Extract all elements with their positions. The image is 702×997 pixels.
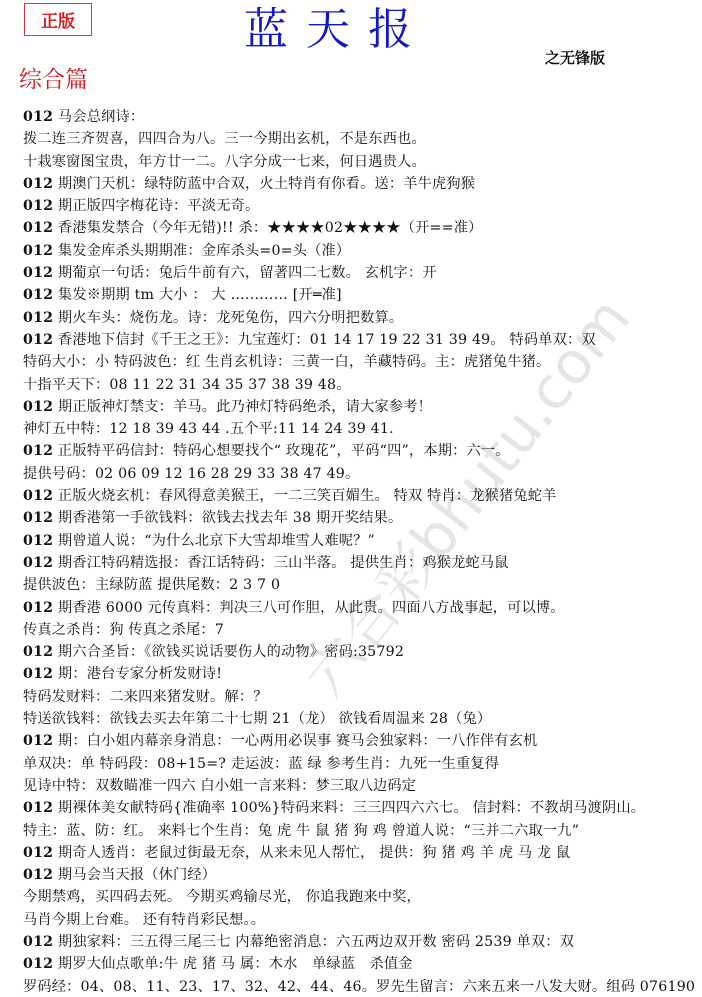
text-line: 012 期香江特码精选报：香江话特码：三山半落。 提供生肖：鸡猴龙蛇马鼠	[23, 552, 698, 574]
text-line: 马肖今期上台难。 还有特肖彩民想。。	[23, 909, 698, 931]
line-text: 期：港台专家分析发财诗!	[53, 666, 222, 682]
issue-number: 012	[23, 243, 53, 259]
text-line: 见诗中特：双数瞄准一四六 白小姐一言来料：梦三取八边码定	[23, 775, 698, 797]
issue-number: 012	[23, 488, 53, 504]
text-line: 今期禁鸡，买四码去死。 今期买鸡输尽光， 你追我跑来中奖，	[23, 886, 698, 908]
section-heading: 综合篇	[19, 61, 88, 94]
line-text: 马肖今期上台难。 还有特肖彩民想。。	[23, 912, 265, 928]
issue-number: 012	[23, 733, 53, 749]
text-line: 012 马会总纲诗：	[23, 106, 698, 128]
line-text: 特送欲钱料：欲钱去买去年第二十七期 21（龙） 欲钱看周温来 28（兔）	[23, 711, 491, 727]
text-line: 012 香港地下信封《千王之王》：九宝莲灯：01 14 17 19 22 31 …	[23, 329, 698, 351]
page-title: 蓝天报	[244, 4, 430, 56]
issue-number: 012	[23, 310, 53, 326]
line-text: 期香江特码精选报：香江话特码：三山半落。 提供生肖：鸡猴龙蛇马鼠	[53, 555, 508, 571]
line-text: 香港地下信封《千王之王》：九宝莲灯：01 14 17 19 22 31 39 4…	[53, 332, 596, 348]
text-line: 012 期澳门天机：绿特防蓝中合双，火土特肖有你看。送：羊牛虎狗猴	[23, 173, 698, 195]
text-line: 012 期马会当天报（休门经）	[23, 864, 698, 886]
line-text: 期正版四字梅花诗：平淡无奇。	[53, 198, 259, 214]
text-line: 特码发财料：二来四来猪发财。解：？	[23, 686, 698, 708]
line-text: 期六合圣旨：《欲钱买说话要伤人的动物》密码:35792	[53, 644, 404, 660]
text-line: 特主：蓝、防：红。 来料七个生肖：兔 虎 牛 鼠 猪 狗 鸡 曾道人说：“三并二…	[23, 820, 698, 842]
text-line: 提供号码：02 06 09 12 16 28 29 33 38 47 49。	[23, 463, 698, 485]
text-line: 012 期曾道人说：“为什么北京下大雪却堆雪人难呢？”	[23, 530, 698, 552]
text-line: 神灯五中特：12 18 39 43 44 .五个平:11 14 24 39 41…	[23, 418, 698, 440]
text-line: 012 正版火烧玄机：春风得意美猴王，一二三笑百媚生。 特双 特肖：龙猴猪兔蛇羊	[23, 485, 698, 507]
issue-number: 012	[23, 555, 53, 571]
line-text: 十指平天下：08 11 22 31 34 35 37 38 39 48。	[23, 377, 351, 393]
issue-number: 012	[23, 845, 53, 861]
edition-subtitle: 之无锋版	[545, 47, 605, 68]
issue-number: 012	[23, 867, 53, 883]
line-text: 单双决：单 特码段：08+15=? 走运波：蓝 绿 参考生肖：九死一生重复得	[23, 756, 499, 772]
line-text: 期罗大仙点歌单:牛 虎 猪 马 属：木水 单绿蓝 杀值金	[53, 956, 412, 972]
issue-number: 012	[23, 220, 53, 236]
line-text: 期马会当天报（休门经）	[53, 867, 216, 883]
text-line: 提供波色：主绿防蓝 提供尾数：2 3 7 0	[23, 574, 698, 596]
line-text: 马会总纲诗：	[53, 109, 144, 125]
issue-number: 012	[23, 666, 53, 682]
text-line: 012 期罗大仙点歌单:牛 虎 猪 马 属：木水 单绿蓝 杀值金	[23, 953, 698, 975]
text-line: 012 期葡京一句话：兔后牛前有六，留著四二七数。 玄机字：开	[23, 262, 698, 284]
line-text: 期澳门天机：绿特防蓝中合双，火土特肖有你看。送：羊牛虎狗猴	[53, 176, 475, 192]
issue-number: 012	[23, 176, 53, 192]
line-text: 提供号码：02 06 09 12 16 28 29 33 38 47 49。	[23, 466, 359, 482]
line-text: 罗码经：04、08、11、23、17、32、42、44、46。罗先生留言：六来五…	[23, 979, 695, 995]
line-text: 今期禁鸡，买四码去死。 今期买鸡输尽光， 你追我跑来中奖，	[23, 889, 421, 905]
text-line: 012 集发金库杀头期期准：金库杀头=0=头（准）	[23, 240, 698, 262]
line-text: 正版特平码信封：特码心想要找个“ 玫瑰花”，平码“四”，本期：六一。	[53, 443, 509, 459]
text-line: 十栽寒窗图宝贵，年方廿一二。八字分成一七来，何日遇贵人。	[23, 151, 698, 173]
authentic-badge: 正版	[24, 3, 92, 36]
text-line: 拨二连三齐贺喜，四四合为八。三一今期出玄机，不是东西也。	[23, 128, 698, 150]
line-text: 十栽寒窗图宝贵，年方廿一二。八字分成一七来，何日遇贵人。	[23, 154, 426, 170]
issue-number: 012	[23, 198, 53, 214]
line-text: 期香港 6000 元传真料：判决三八可作胆，从此贵。四面八方战事起，可以博。	[53, 600, 564, 616]
text-line: 012 期：港台专家分析发财诗!	[23, 663, 698, 685]
line-text: 见诗中特：双数瞄准一四六 白小姐一言来料：梦三取八边码定	[23, 778, 416, 794]
text-line: 特码大小：小 特码波色：红 生肖玄机诗：三黄一白，羊藏特码。主：虎猪兔牛猪。	[23, 351, 698, 373]
issue-number: 012	[23, 332, 53, 348]
text-line: 十指平天下：08 11 22 31 34 35 37 38 39 48。	[23, 374, 698, 396]
text-line: 012 期六合圣旨：《欲钱买说话要伤人的动物》密码:35792	[23, 641, 698, 663]
line-text: 期奇人透肖：老鼠过街最无奈，从来未见人帮忙， 提供：狗 猪 鸡 羊 虎 马 龙 …	[53, 845, 570, 861]
line-text: 期独家料：三五得三尾三七 内幕绝密消息：六五两边双开数 密码 2539 单双：双	[53, 934, 574, 950]
line-text: 期葡京一句话：兔后牛前有六，留著四二七数。 玄机字：开	[53, 265, 437, 281]
issue-number: 012	[23, 600, 53, 616]
line-text: 香港集发禁合（今年无错)!! 杀：★★★★02★★★★（开==准）	[53, 220, 482, 236]
line-text: 正版火烧玄机：春风得意美猴王，一二三笑百媚生。 特双 特肖：龙猴猪兔蛇羊	[53, 488, 556, 504]
line-text: 特主：蓝、防：红。 来料七个生肖：兔 虎 牛 鼠 猪 狗 鸡 曾道人说：“三并二…	[23, 823, 579, 839]
article-body: 012 马会总纲诗：拨二连三齐贺喜，四四合为八。三一今期出玄机，不是东西也。十栽…	[23, 106, 698, 997]
issue-number: 012	[23, 399, 53, 415]
issue-number: 012	[23, 956, 53, 972]
issue-number: 012	[23, 265, 53, 281]
text-line: 012 期裸体美女献特码{准确率 100%}特码来料：三三四四六六七。 信封料：…	[23, 797, 698, 819]
text-line: 012 期正版神灯禁支：羊马。此乃神灯特码绝杀，请大家参考！	[23, 396, 698, 418]
line-text: 特码大小：小 特码波色：红 生肖玄机诗：三黄一白，羊藏特码。主：虎猪兔牛猪。	[23, 354, 550, 370]
text-line: 012 期火车头：烧伤龙。诗：龙死兔伤，四六分明把数算。	[23, 307, 698, 329]
line-text: 期香港第一手欲钱料：欲钱去找去年 38 期开奖结果。	[53, 510, 402, 526]
text-line: 传真之杀肖：狗 传真之杀尾：7	[23, 619, 698, 641]
text-line: 012 正版特平码信封：特码心想要找个“ 玫瑰花”，平码“四”，本期：六一。	[23, 440, 698, 462]
line-text: 提供波色：主绿防蓝 提供尾数：2 3 7 0	[23, 577, 280, 593]
text-line: 012 香港集发禁合（今年无错)!! 杀：★★★★02★★★★（开==准）	[23, 217, 698, 239]
line-text: 期正版神灯禁支：羊马。此乃神灯特码绝杀，请大家参考！	[53, 399, 432, 415]
text-line: 012 期独家料：三五得三尾三七 内幕绝密消息：六五两边双开数 密码 2539 …	[23, 931, 698, 953]
issue-number: 012	[23, 510, 53, 526]
issue-number: 012	[23, 800, 53, 816]
line-text: 特码发财料：二来四来猪发财。解：？	[23, 689, 268, 705]
text-line: 罗码经：04、08、11、23、17、32、42、44、46。罗先生留言：六来五…	[23, 976, 698, 997]
issue-number: 012	[23, 109, 53, 125]
text-line: 012 期正版四字梅花诗：平淡无奇。	[23, 195, 698, 217]
issue-number: 012	[23, 934, 53, 950]
line-text: 集发金库杀头期期准：金库杀头=0=头（准）	[53, 243, 350, 259]
issue-number: 012	[23, 533, 53, 549]
issue-number: 012	[23, 443, 53, 459]
text-line: 012 期奇人透肖：老鼠过街最无奈，从来未见人帮忙， 提供：狗 猪 鸡 羊 虎 …	[23, 842, 698, 864]
text-line: 012 期香港 6000 元传真料：判决三八可作胆，从此贵。四面八方战事起，可以…	[23, 597, 698, 619]
line-text: 期裸体美女献特码{准确率 100%}特码来料：三三四四六六七。 信封料：不教胡马…	[53, 800, 645, 816]
text-line: 特送欲钱料：欲钱去买去年第二十七期 21（龙） 欲钱看周温来 28（兔）	[23, 708, 698, 730]
line-text: 传真之杀肖：狗 传真之杀尾：7	[23, 622, 224, 638]
issue-number: 012	[23, 287, 53, 303]
line-text: 集发※期期 tm 大小 ： 大 ………… [开═准]	[53, 287, 342, 303]
text-line: 012 集发※期期 tm 大小 ： 大 ………… [开═准]	[23, 284, 698, 306]
line-text: 期火车头：烧伤龙。诗：龙死兔伤，四六分明把数算。	[53, 310, 403, 326]
text-line: 单双决：单 特码段：08+15=? 走运波：蓝 绿 参考生肖：九死一生重复得	[23, 753, 698, 775]
issue-number: 012	[23, 644, 53, 660]
text-line: 012 期香港第一手欲钱料：欲钱去找去年 38 期开奖结果。	[23, 507, 698, 529]
line-text: 期：白小姐内幕亲身消息：一心两用必误事 赛马会独家料：一八作伴有玄机	[53, 733, 537, 749]
line-text: 神灯五中特：12 18 39 43 44 .五个平:11 14 24 39 41…	[23, 421, 394, 437]
line-text: 期曾道人说：“为什么北京下大雪却堆雪人难呢？”	[53, 533, 375, 549]
text-line: 012 期：白小姐内幕亲身消息：一心两用必误事 赛马会独家料：一八作伴有玄机	[23, 730, 698, 752]
line-text: 拨二连三齐贺喜，四四合为八。三一今期出玄机，不是东西也。	[23, 131, 426, 147]
